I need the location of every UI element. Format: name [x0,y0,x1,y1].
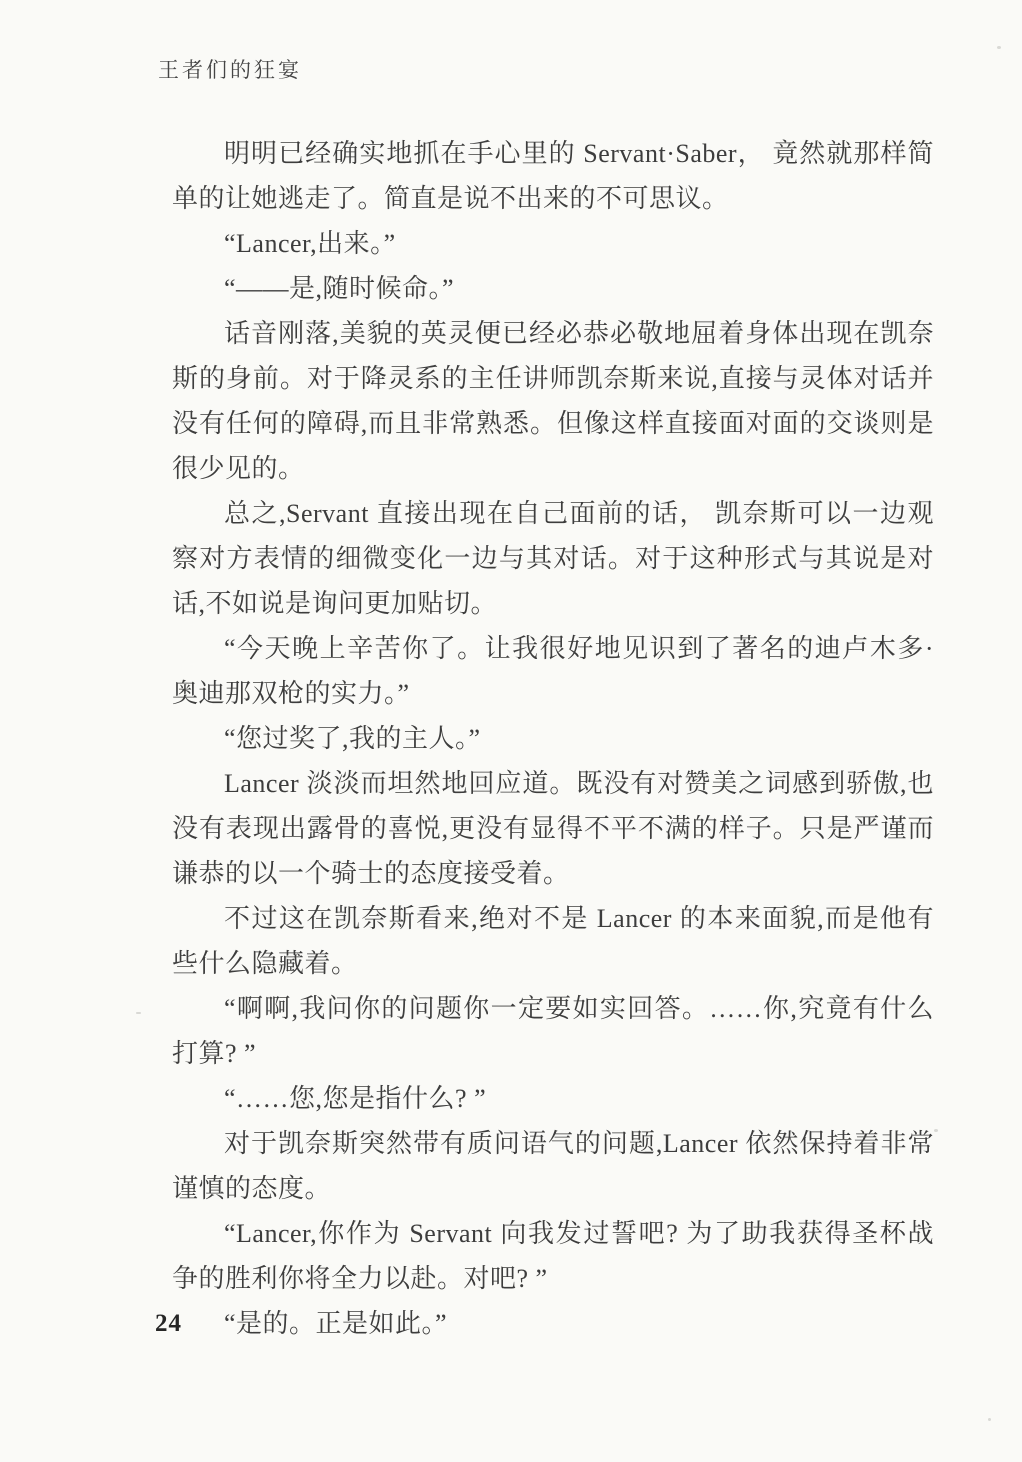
paragraph: 总之,Servant 直接出现在自己面前的话， 凯奈斯可以一边观察对方表情的细微… [172,491,934,626]
scan-speck [988,1418,991,1421]
paragraph: “是的。正是如此。” [172,1301,934,1346]
scan-speck [136,1012,141,1014]
paragraph: “您过奖了,我的主人。” [172,716,934,761]
paragraph: 不过这在凯奈斯看来,绝对不是 Lancer 的本来面貌,而是他有些什么隐藏着。 [172,896,934,986]
paragraph: Lancer 淡淡而坦然地回应道。既没有对赞美之词感到骄傲,也没有表现出露骨的喜… [172,761,934,896]
paragraph: “啊啊,我问你的问题你一定要如实回答。……你,究竟有什么打算? ” [172,986,934,1076]
book-page: 王者们的狂宴 明明已经确实地抓在手心里的 Servant·Saber， 竟然就那… [0,0,1022,1462]
running-header: 王者们的狂宴 [158,54,302,84]
scan-speck [934,1129,938,1132]
paragraph: “Lancer,出来。” [172,221,934,266]
paragraph: “——是,随时候命。” [172,266,934,311]
paragraph: “今天晚上辛苦你了。让我很好地见识到了著名的迪卢木多·奥迪那双枪的实力。” [172,626,934,716]
paragraph: 话音刚落,美貌的英灵便已经必恭必敬地屈着身体出现在凯奈斯的身前。对于降灵系的主任… [172,311,934,491]
paragraph: “……您,您是指什么? ” [172,1076,934,1121]
scan-speck [997,46,1001,49]
paragraph: 明明已经确实地抓在手心里的 Servant·Saber， 竟然就那样简单的让她逃… [172,131,934,221]
paragraph: “Lancer,你作为 Servant 向我发过誓吧? 为了助我获得圣杯战争的胜… [172,1211,934,1301]
paragraph: 对于凯奈斯突然带有质问语气的问题,Lancer 依然保持着非常谨慎的态度。 [172,1121,934,1211]
body-text: 明明已经确实地抓在手心里的 Servant·Saber， 竟然就那样简单的让她逃… [172,131,934,1346]
page-number: 24 [155,1310,182,1338]
